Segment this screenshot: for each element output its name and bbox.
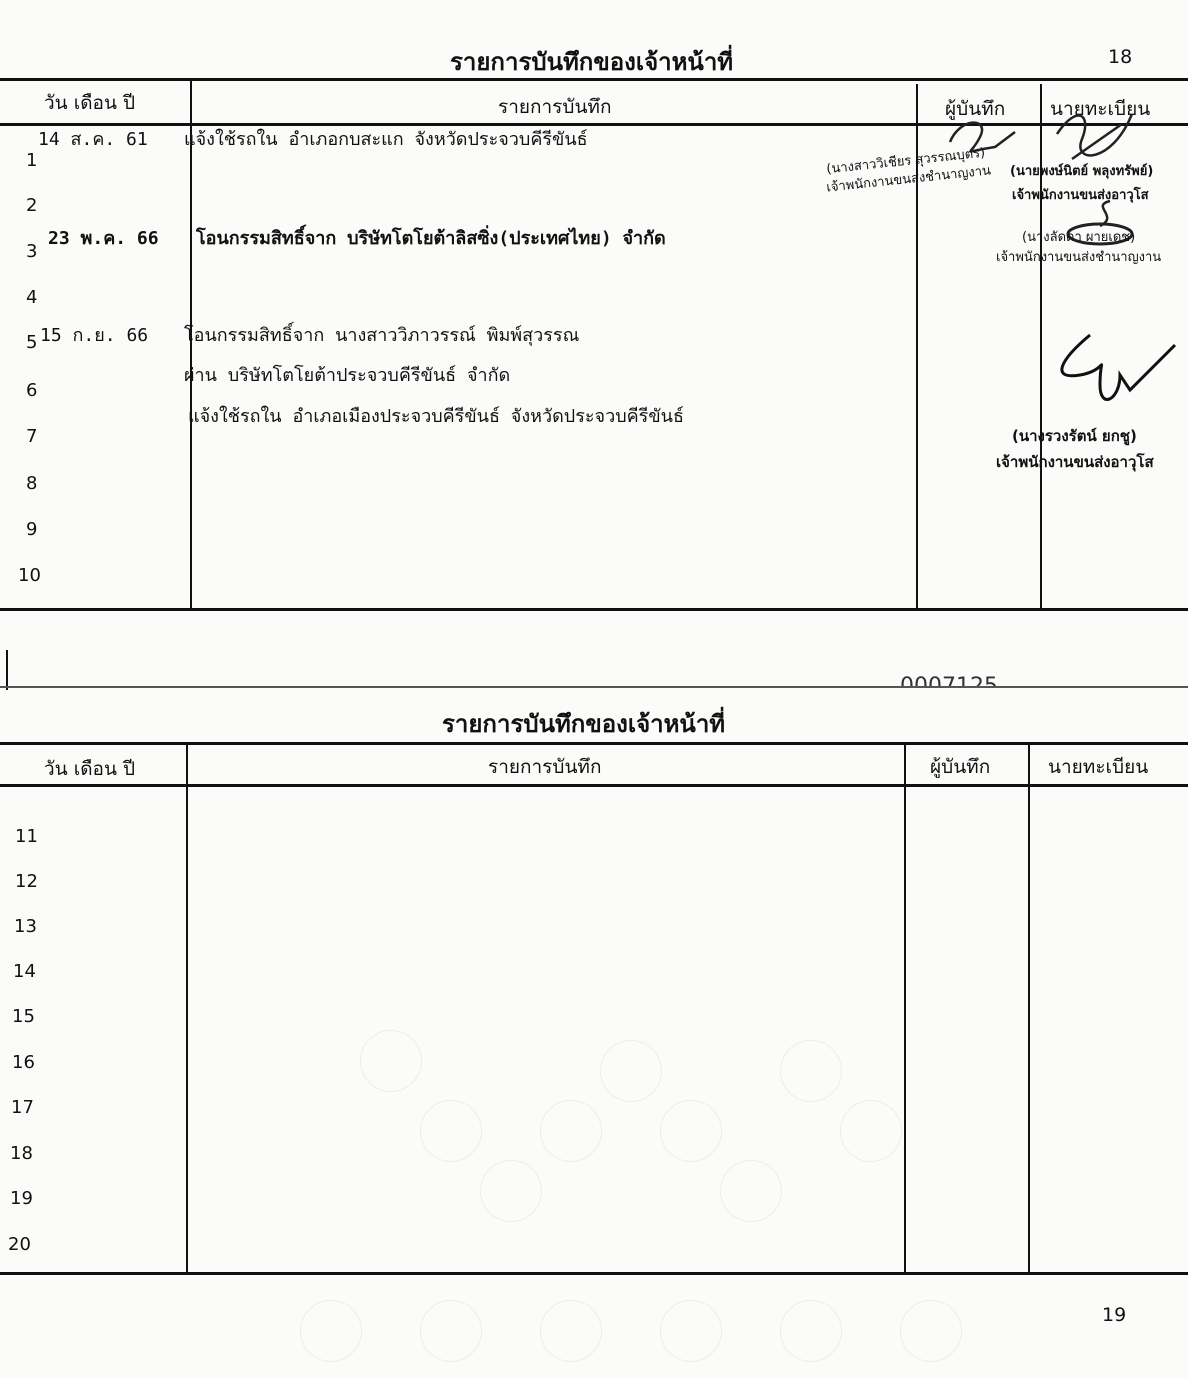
table-bottom-border [0, 1272, 1188, 1275]
perforation-line [0, 686, 1188, 688]
row-number: 3 [26, 241, 37, 262]
row-number: 4 [26, 287, 37, 308]
page-title: รายการบันทึกของเจ้าหน้าที่ [450, 42, 733, 81]
entry-text: ผ่าน บริษัทโตโยต้าประจวบคีรีขันธ์ จำกัด [184, 360, 510, 389]
row-number: 13 [14, 916, 37, 937]
entry-text: แจ้งใช้รถใน อำเภอเมืองประจวบคีรีขันธ์ จั… [188, 401, 684, 430]
row-number: 11 [15, 826, 38, 847]
column-header-date: วัน เดือน ปี [44, 88, 135, 118]
row-number: 14 [13, 961, 36, 982]
signature-position: เจ้าพนักงานขนส่งอาวุโส [996, 450, 1154, 474]
row-number: 6 [26, 380, 37, 401]
serial-number: 0007125 [900, 672, 998, 686]
row-number: 5 [26, 332, 37, 353]
column-header-entry: รายการบันทึก [498, 92, 611, 122]
page-edge [6, 650, 8, 690]
signature-name: (นางลัดดา ผายเดช) [1022, 226, 1135, 247]
row-number: 17 [11, 1097, 34, 1118]
row-number: 20 [8, 1234, 31, 1255]
signature-name: (นางรวงรัตน์ ยกชู) [1012, 424, 1137, 448]
table-bottom-border [0, 608, 1188, 611]
table-top-border [0, 78, 1188, 81]
row-number: 19 [10, 1188, 33, 1209]
row-number: 1 [26, 150, 37, 171]
column-divider [186, 742, 188, 1274]
row-number: 7 [26, 426, 37, 447]
entry-date: 23 พ.ค. 66 [48, 223, 159, 252]
page-title: รายการบันทึกของเจ้าหน้าที่ [442, 704, 725, 743]
entry-date: 15 ก.ย. 66 [40, 320, 148, 349]
page-number: 18 [1108, 46, 1132, 68]
column-header-recorder: ผู้บันทึก [930, 752, 990, 782]
entry-date: 14 ส.ค. 61 [38, 124, 148, 153]
column-divider [904, 742, 906, 1274]
row-number: 10 [18, 565, 41, 586]
signature-name: (นายพงษ์นิตย์ พลุงทรัพย์) [1010, 160, 1153, 181]
entry-text: แจ้งใช้รถใน อำเภอกบสะแก จังหวัดประจวบคีร… [184, 124, 588, 153]
row-number: 16 [12, 1052, 35, 1073]
column-header-entry: รายการบันทึก [488, 752, 601, 782]
table-top-border [0, 742, 1188, 745]
page-number: 19 [1102, 1304, 1126, 1326]
column-header-registrar: นายทะเบียน [1048, 752, 1148, 782]
row-number: 2 [26, 195, 37, 216]
column-divider [1028, 742, 1030, 1274]
signature-position: เจ้าพนักงานขนส่งชำนาญงาน [996, 246, 1161, 267]
column-header-date: วัน เดือน ปี [44, 754, 135, 784]
row-number: 18 [10, 1143, 33, 1164]
row-number: 8 [26, 473, 37, 494]
row-number: 15 [12, 1006, 35, 1027]
entry-text: โอนกรรมสิทธิ์จาก บริษัทโตโยต้าลิสซิ่ง(ปร… [196, 223, 666, 252]
header-bottom-border [0, 784, 1188, 787]
row-number: 12 [15, 871, 38, 892]
entry-text: โอนกรรมสิทธิ์จาก นางสาววิภาวรรณ์ พิมพ์สุ… [184, 320, 579, 349]
signature-scribble [1050, 330, 1180, 420]
row-number: 9 [26, 519, 37, 540]
